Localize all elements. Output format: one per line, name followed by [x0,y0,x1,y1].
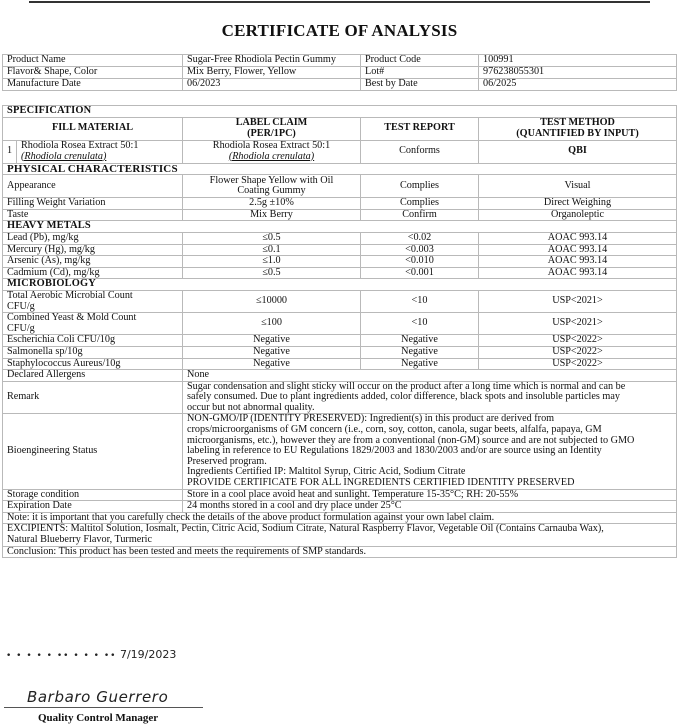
row-item: Total Aerobic Microbial CountCFU/g [3,290,183,312]
row-report: <0.02 [361,232,479,244]
info-row-manufacture-date: Manufacture Date 06/2023 Best by Date 06… [3,79,677,91]
row-method: USP<2022> [479,358,677,370]
row-claim: ≤10000 [183,290,361,312]
row-method: AOAC 993.14 [479,232,677,244]
row-report: Complies [361,175,479,198]
excipients-text: EXCIPIENTS: Maltitol Solution, Iosmalt, … [3,524,677,546]
row-method: Visual [479,175,677,198]
excipients-line: EXCIPIENTS: Maltitol Solution, Iosmalt, … [7,523,604,534]
storage-row: Storage condition Store in a cool place … [3,489,677,501]
bioengineering-line: PROVIDE CERTIFICATE FOR ALL INGREDIENTS … [187,477,574,488]
row-claim: ≤1.0 [183,256,361,268]
signature-title: Quality Control Manager [38,712,158,724]
row-item: Staphylococcus Aureus/10g [3,358,183,370]
row-report: Negative [361,335,479,347]
row-claim: Negative [183,346,361,358]
remark-label: Remark [3,381,183,414]
bioengineering-text: NON-GMO/IP (IDENTITY PRESERVED): Ingredi… [183,414,677,489]
heavy-metal-row: Lead (Pb), mg/kg ≤0.5 <0.02 AOAC 993.14 [3,232,677,244]
bioengineering-line: microorganisms, etc.), however they are … [187,435,634,446]
row-report: <10 [361,290,479,312]
fill-name: Rhodiola Rosea Extract 50:1(Rhodiola cre… [17,140,183,163]
physical-row: Appearance Flower Shape Yellow with OilC… [3,175,677,198]
micro-row: Staphylococcus Aureus/10g Negative Negat… [3,358,677,370]
note-row: Note: it is important that you carefully… [3,512,677,524]
allergens-row: Declared Allergens None [3,370,677,382]
note-text: Note: it is important that you carefully… [3,512,677,524]
section-title: HEAVY METALS [3,221,677,233]
row-item-line1: Combined Yeast & Mold Count [7,312,136,323]
row-report: <10 [361,313,479,335]
row-report: Confirm [361,209,479,221]
header-test-method-line1: TEST METHOD [540,117,615,128]
heavy-metal-row: Cadmium (Cd), mg/kg ≤0.5 <0.001 AOAC 993… [3,267,677,279]
excipients-row: EXCIPIENTS: Maltitol Solution, Iosmalt, … [3,524,677,546]
row-report: Negative [361,358,479,370]
header-label-claim: LABEL CLAIM(PER/1PC) [183,117,361,140]
signature-name: Barbaro Guerrero [27,688,168,706]
bioengineering-line: Ingredients Certified IP: Maltitol Syrup… [187,466,465,477]
row-claim: ≤0.1 [183,244,361,256]
info-label: Manufacture Date [3,79,183,91]
row-item-line2: CFU/g [7,323,35,334]
signature-date: 7/19/2023 [120,648,176,661]
info-label: Lot# [361,67,479,79]
info-value: 06/2023 [183,79,361,91]
fill-method: QBI [479,140,677,163]
row-claim: 2.5g ±10% [183,198,361,210]
row-report: <0.001 [361,267,479,279]
row-claim-line2: Coating Gummy [237,185,305,196]
fill-latin-text: (Rhodiola crenulata) [21,151,106,162]
row-method: AOAC 993.14 [479,244,677,256]
bioengineering-line: crops/microorganisms of GM concern (i.e.… [187,424,602,435]
specification-table: SPECIFICATION FILL MATERIAL LABEL CLAIM(… [2,105,677,558]
section-heavy-metals: HEAVY METALS [3,221,677,233]
row-method: USP<2022> [479,346,677,358]
physical-row: Filling Weight Variation 2.5g ±10% Compl… [3,198,677,210]
section-title: SPECIFICATION [3,106,677,118]
fill-name-text: Rhodiola Rosea Extract 50:1 [21,140,138,151]
physical-row: Taste Mix Berry Confirm Organoleptic [3,209,677,221]
remark-row: Remark Sugar condensation and slight sti… [3,381,677,414]
expiration-label: Expiration Date [3,501,183,513]
row-claim: Negative [183,335,361,347]
spec-header-row: FILL MATERIAL LABEL CLAIM(PER/1PC) TEST … [3,117,677,140]
row-report: <0.003 [361,244,479,256]
info-label: Product Code [361,55,479,67]
row-method: USP<2021> [479,290,677,312]
row-method: USP<2022> [479,335,677,347]
section-specification: SPECIFICATION [3,106,677,118]
row-report: Complies [361,198,479,210]
fill-claim: Rhodiola Rosea Extract 50:1(Rhodiola cre… [183,140,361,163]
info-row-product-name: Product Name Sugar-Free Rhodiola Pectin … [3,55,677,67]
row-method: USP<2021> [479,313,677,335]
remark-text: Sugar condensation and slight sticky wil… [183,381,677,414]
excipients-line: Natural Blueberry Flavor, Turmeric [7,534,152,545]
bioengineering-line: labeling in reference to EU Regulations … [187,445,602,456]
info-value: 976238055301 [479,67,677,79]
heavy-metal-row: Mercury (Hg), mg/kg ≤0.1 <0.003 AOAC 993… [3,244,677,256]
header-fill-material: FILL MATERIAL [3,117,183,140]
bioengineering-line: Preserved program. [187,456,267,467]
allergens-value: None [183,370,677,382]
header-test-method-line2: (QUANTIFIED BY INPUT) [516,128,638,139]
row-item: Cadmium (Cd), mg/kg [3,267,183,279]
info-label: Product Name [3,55,183,67]
redacted-dots: • • • • • •• • • • •• [6,651,116,661]
remark-line: Sugar condensation and slight sticky wil… [187,381,625,392]
header-test-report: TEST REPORT [361,117,479,140]
info-value: 06/2025 [479,79,677,91]
info-label: Best by Date [361,79,479,91]
row-claim: Flower Shape Yellow with OilCoating Gumm… [183,175,361,198]
row-item: Appearance [3,175,183,198]
info-label: Flavor& Shape, Color [3,67,183,79]
bioengineering-row: Bioengineering Status NON-GMO/IP (IDENTI… [3,414,677,489]
bioengineering-label: Bioengineering Status [3,414,183,489]
document-title: CERTIFICATE OF ANALYSIS [0,21,679,41]
section-physical: PHYSICAL CHARACTERISTICS [3,163,677,175]
row-item: Mercury (Hg), mg/kg [3,244,183,256]
expiration-value: 24 months stored in a cool and dry place… [183,501,677,513]
row-claim: ≤0.5 [183,267,361,279]
top-divider [29,1,650,3]
row-item: Lead (Pb), mg/kg [3,232,183,244]
micro-row: Combined Yeast & Mold CountCFU/g ≤100 <1… [3,313,677,335]
info-row-flavor: Flavor& Shape, Color Mix Berry, Flower, … [3,67,677,79]
remark-line: safely consumed. Due to plant ingredient… [187,391,620,402]
signature-date-line: • • • • • •• • • • •• 7/19/2023 [6,648,176,661]
info-value: Sugar-Free Rhodiola Pectin Gummy [183,55,361,67]
fill-claim-text: Rhodiola Rosea Extract 50:1 [213,140,330,151]
row-item-line2: CFU/g [7,301,35,312]
row-method: AOAC 993.14 [479,267,677,279]
header-label-claim-line1: LABEL CLAIM [236,117,308,128]
allergens-label: Declared Allergens [3,370,183,382]
row-item: Taste [3,209,183,221]
signature-line [4,707,203,708]
conclusion-row: Conclusion: This product has been tested… [3,546,677,558]
micro-row: Escherichia Coli CFU/10g Negative Negati… [3,335,677,347]
row-claim-line1: Flower Shape Yellow with Oil [210,175,334,186]
row-item-line1: Total Aerobic Microbial Count [7,290,133,301]
fill-material-row: 1 Rhodiola Rosea Extract 50:1(Rhodiola c… [3,140,677,163]
info-value: 100991 [479,55,677,67]
heavy-metal-row: Arsenic (As), mg/kg ≤1.0 <0.010 AOAC 993… [3,256,677,268]
row-item: Salmonella sp/10g [3,346,183,358]
header-test-method: TEST METHOD(QUANTIFIED BY INPUT) [479,117,677,140]
section-microbiology: MICROBIOLOGY [3,279,677,291]
row-item: Escherichia Coli CFU/10g [3,335,183,347]
micro-row: Salmonella sp/10g Negative Negative USP<… [3,346,677,358]
row-claim: Mix Berry [183,209,361,221]
header-label-claim-line2: (PER/1PC) [247,128,296,139]
fill-report: Conforms [361,140,479,163]
micro-row: Total Aerobic Microbial CountCFU/g ≤1000… [3,290,677,312]
row-claim: Negative [183,358,361,370]
row-claim: ≤0.5 [183,232,361,244]
row-method: Organoleptic [479,209,677,221]
row-item: Filling Weight Variation [3,198,183,210]
section-title: MICROBIOLOGY [3,279,677,291]
fill-index: 1 [3,140,17,163]
row-method: AOAC 993.14 [479,256,677,268]
row-item: Combined Yeast & Mold CountCFU/g [3,313,183,335]
remark-line: occur but not abnormal quality. [187,402,315,413]
fill-claim-latin: (Rhodiola crenulata) [229,151,314,162]
section-title: PHYSICAL CHARACTERISTICS [3,163,677,175]
expiration-row: Expiration Date 24 months stored in a co… [3,501,677,513]
row-method: Direct Weighing [479,198,677,210]
storage-label: Storage condition [3,489,183,501]
row-item: Arsenic (As), mg/kg [3,256,183,268]
row-report: <0.010 [361,256,479,268]
info-value: Mix Berry, Flower, Yellow [183,67,361,79]
conclusion-text: Conclusion: This product has been tested… [3,546,677,558]
row-report: Negative [361,346,479,358]
product-info-table: Product Name Sugar-Free Rhodiola Pectin … [2,54,677,91]
row-claim: ≤100 [183,313,361,335]
bioengineering-line: NON-GMO/IP (IDENTITY PRESERVED): Ingredi… [187,413,554,424]
storage-value: Store in a cool place avoid heat and sun… [183,489,677,501]
